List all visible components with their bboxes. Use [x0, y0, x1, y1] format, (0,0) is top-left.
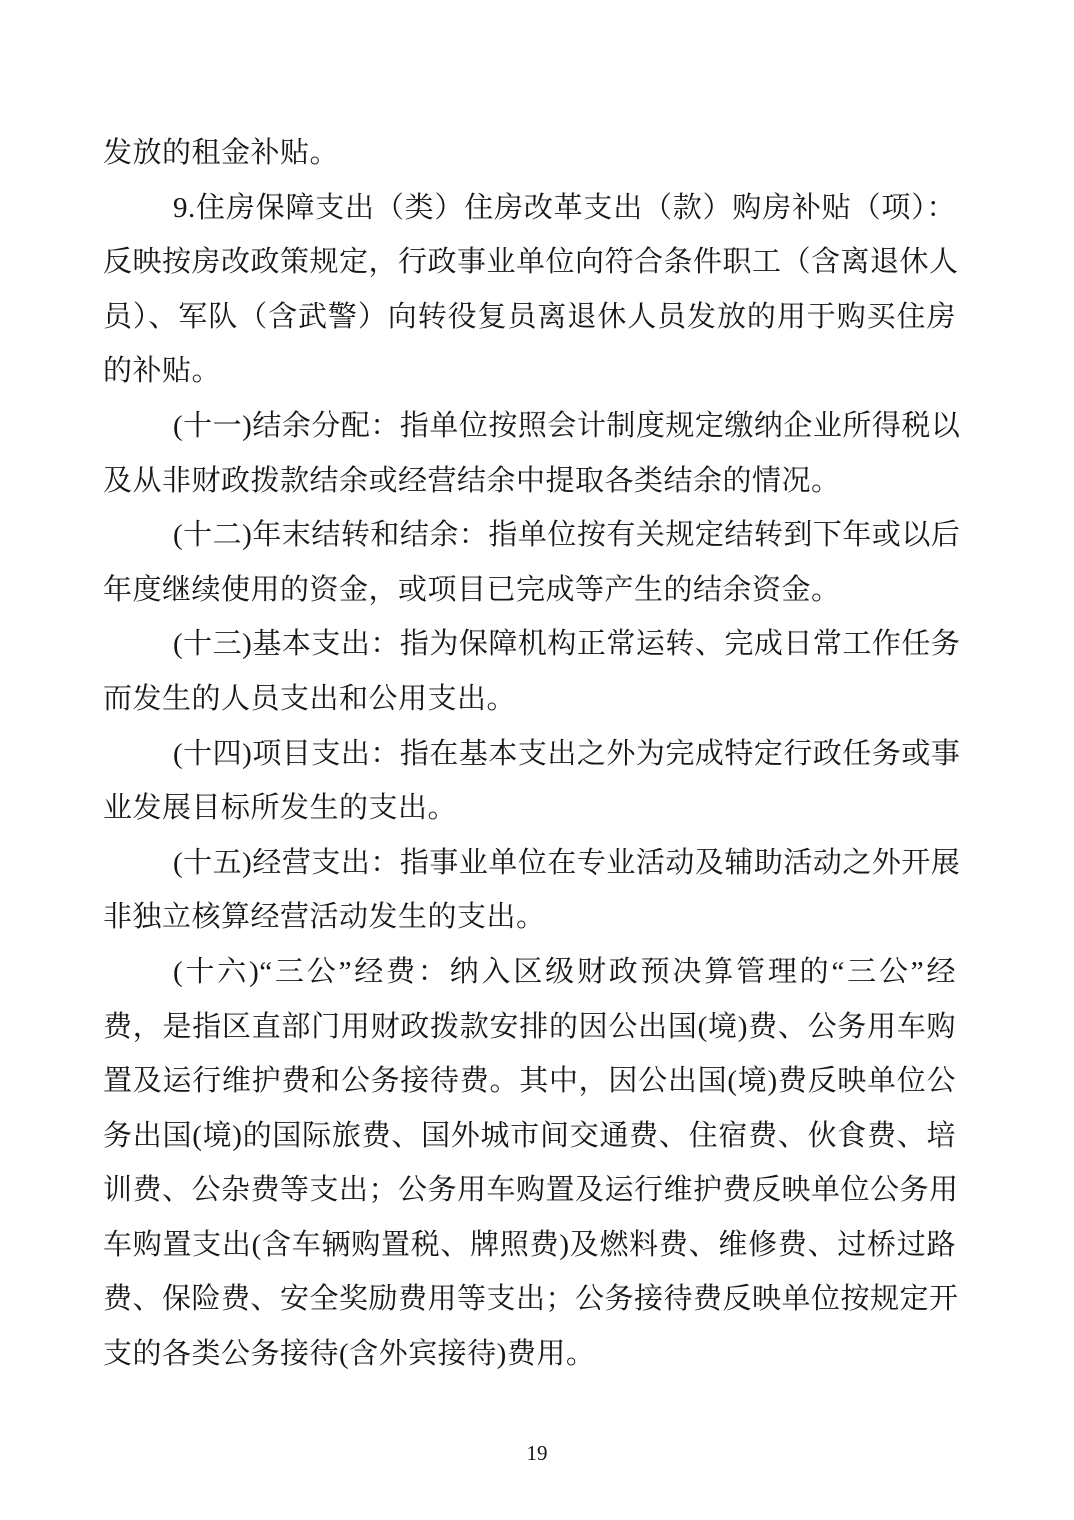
document-line: (十一)结余分配：指单位按照会计制度规定缴纳企业所得税以 — [103, 399, 956, 454]
document-text-block: 发放的租金补贴。 9.住房保障支出（类）住房改革支出（款）购房补贴（项）： 反映… — [103, 126, 956, 1382]
document-line: 费，是指区直部门用财政拨款安排的因公出国(境)费、公务用车购 — [103, 1000, 956, 1055]
document-line: 反映按房改政策规定，行政事业单位向符合条件职工（含离退休人 — [103, 235, 956, 290]
document-line: 发放的租金补贴。 — [103, 126, 956, 181]
document-line: 员）、军队（含武警）向转役复员离退休人员发放的用于购买住房 — [103, 290, 956, 345]
document-line: 车购置支出(含车辆购置税、牌照费)及燃料费、维修费、过桥过路 — [103, 1218, 956, 1273]
document-line: (十三)基本支出：指为保障机构正常运转、完成日常工作任务 — [103, 617, 956, 672]
document-line: 支的各类公务接待(含外宾接待)费用。 — [103, 1327, 956, 1382]
document-line: 9.住房保障支出（类）住房改革支出（款）购房补贴（项）： — [103, 181, 956, 236]
document-page: 发放的租金补贴。 9.住房保障支出（类）住房改革支出（款）购房补贴（项）： 反映… — [0, 0, 1074, 1520]
document-line: 及从非财政拨款结余或经营结余中提取各类结余的情况。 — [103, 454, 956, 509]
document-line: 的补贴。 — [103, 344, 956, 399]
document-line: 置及运行维护费和公务接待费。其中，因公出国(境)费反映单位公 — [103, 1054, 956, 1109]
document-line: (十二)年末结转和结余：指单位按有关规定结转到下年或以后 — [103, 508, 956, 563]
document-line: (十六)“三公”经费：纳入区级财政预决算管理的“三公”经 — [103, 945, 956, 1000]
document-line: (十五)经营支出：指事业单位在专业活动及辅助活动之外开展 — [103, 836, 956, 891]
document-line: 非独立核算经营活动发生的支出。 — [103, 890, 956, 945]
document-line: (十四)项目支出：指在基本支出之外为完成特定行政任务或事 — [103, 727, 956, 782]
document-line: 训费、公杂费等支出；公务用车购置及运行维护费反映单位公务用 — [103, 1163, 956, 1218]
document-line: 年度继续使用的资金，或项目已完成等产生的结余资金。 — [103, 563, 956, 618]
document-line: 务出国(境)的国际旅费、国外城市间交通费、住宿费、伙食费、培 — [103, 1109, 956, 1164]
document-line: 业发展目标所发生的支出。 — [103, 781, 956, 836]
document-line: 费、保险费、安全奖励费用等支出；公务接待费反映单位按规定开 — [103, 1272, 956, 1327]
document-line: 而发生的人员支出和公用支出。 — [103, 672, 956, 727]
page-number: 19 — [0, 1440, 1074, 1466]
